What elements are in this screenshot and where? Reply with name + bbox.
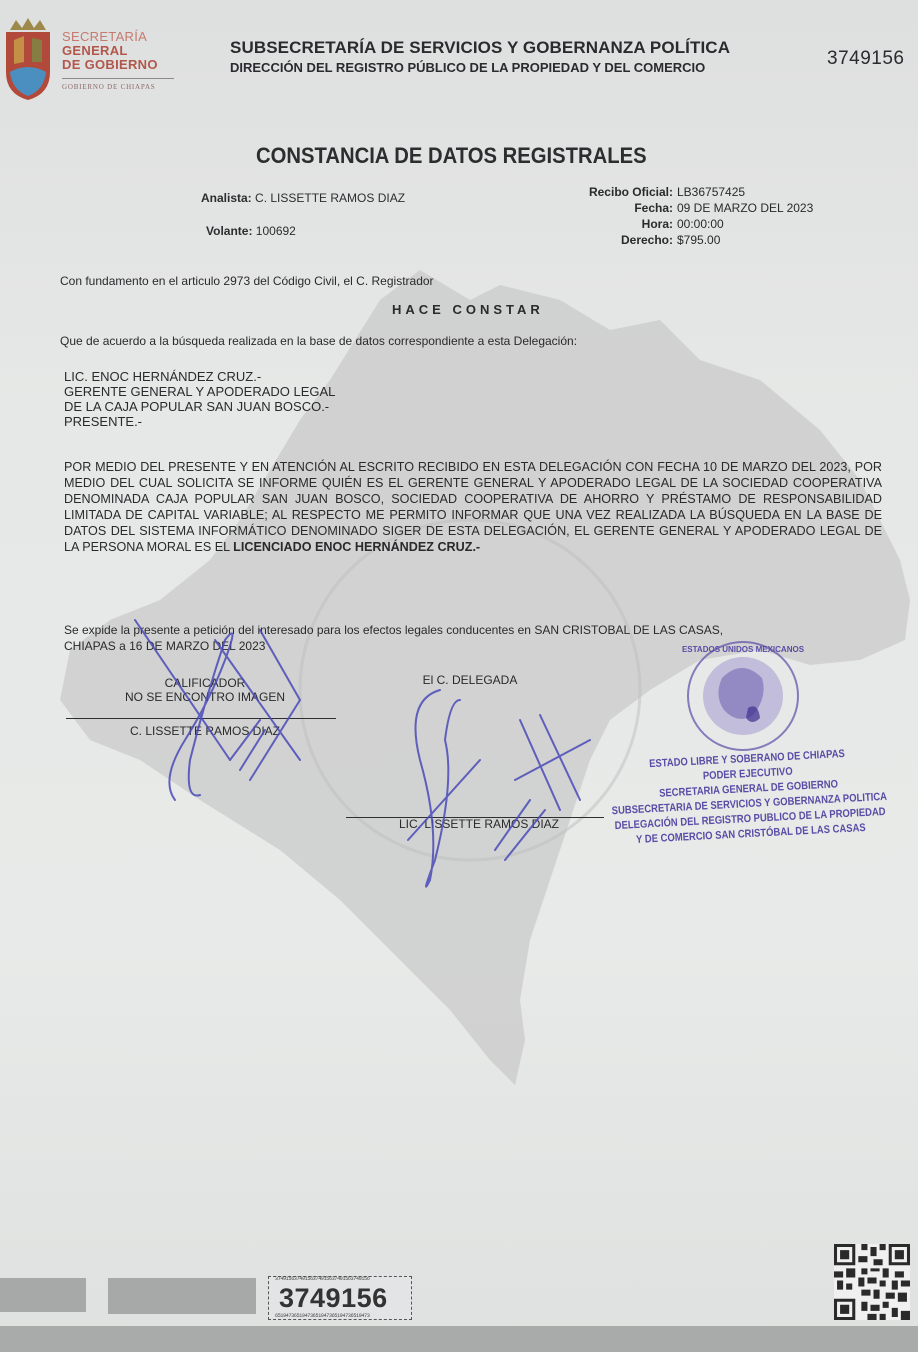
security-bar-left [0,1278,86,1312]
mexico-national-seal-icon: ESTADOS UNIDOS MEXICANOS [682,638,804,754]
document-page: SECRETARÍA GENERAL DE GOBIERNO GOBIERNO … [0,0,918,1352]
official-stamp-text: ESTADO LIBRE Y SOBERANO DE CHIAPAS PODER… [608,745,889,849]
svg-text:ESTADOS UNIDOS MEXICANOS: ESTADOS UNIDOS MEXICANOS [682,645,804,654]
folio-micro-bottom: 65194736519473651947365194736519473 [275,1313,370,1319]
security-bar-center [108,1278,256,1314]
folio-number-bottom: 3749156 [279,1283,388,1314]
qr-code-icon [834,1244,910,1320]
folio-micro-top: 37491563749156374915637491563749156 [275,1276,370,1282]
folio-security-box: 37491563749156374915637491563749156 3749… [268,1276,412,1320]
bottom-security-band [0,1326,918,1352]
